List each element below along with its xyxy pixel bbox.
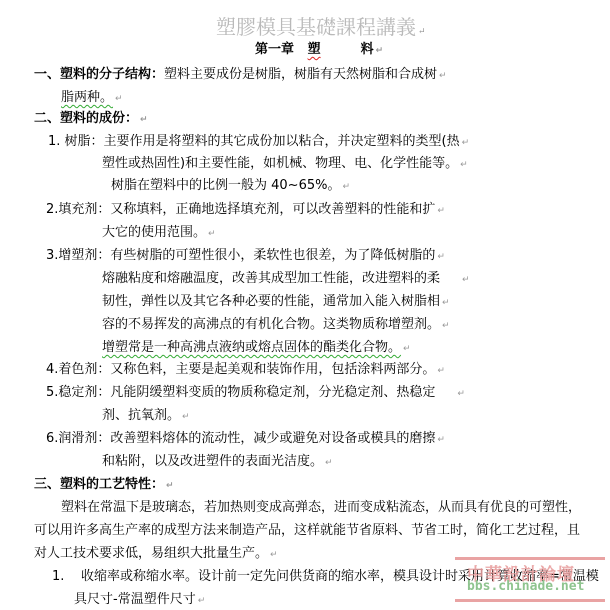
text-line: 可以用许多高生产率的成型方法来制造产品，这样就能节省原料、节省工时，简化工艺过程…	[34, 523, 580, 539]
document-title: 塑膠模具基礎課程講義↵	[216, 14, 426, 45]
watermark-url: bbs.chinade.net	[467, 579, 584, 594]
list-item-colorant: 4.着色剂：又称色料，主要是起美观和装饰作用，包括涂料两部分。↵	[46, 362, 445, 379]
text-line: 和粘附，以及改进塑件的表面光洁度。↵	[102, 454, 333, 471]
text-line: 增塑常是一种高沸点液纳或熔点固体的酯类化合物。↵	[102, 340, 411, 357]
text-line: 具尺寸-常温塑件尺寸↵	[74, 592, 205, 609]
text-line: 树脂在塑料中的比例一般为 40~65%。↵	[111, 178, 350, 195]
text-line: 塑性或热固性)和主要性能，如机械、物理、电、化学性能等。↵	[102, 156, 468, 173]
text-line: 塑料在常温下是玻璃态，若加热则变成高弹态，进而变成粘流态，从而具有优良的可塑性，	[61, 500, 581, 516]
section-1-line-2: 脂两种。↵	[61, 90, 123, 107]
section-1-line-1: 一、塑料的分子结构：塑料主要成份是树脂，树脂有天然树脂和合成树↵	[34, 67, 447, 84]
list-item-filler: 2.填充剂：又称填料，正确地选择填充剂，可以改善塑料的性能和扩↵	[46, 202, 445, 219]
watermark-bar	[455, 599, 605, 602]
text-line: 对人工技术要求低，易组织大批量生产。↵	[34, 546, 278, 563]
text-line: 大它的使用范围。↵	[102, 225, 216, 242]
text-line: 容的不易挥发的高沸点的有机化合物。这类物质称增塑剂。↵	[102, 317, 450, 334]
text-line: 剂、抗氧剂。↵	[102, 408, 190, 425]
list-item-stabilizer: 5.稳定剂：凡能阴缓塑料变质的物质称稳定剂，分光稳定剂、热稳定↵	[46, 385, 465, 402]
chapter-heading: 第一章 塑料↵	[255, 42, 383, 59]
list-item-lubricant: 6.润滑剂：改善塑料熔体的流动性，减少或避免对设备或模具的磨擦↵	[46, 431, 445, 448]
text-line: 熔融粘度和熔融温度，改善其成型加工性能，改进塑料的柔↵	[102, 271, 470, 288]
watermark: 中華設計論壇 bbs.chinade.net	[455, 557, 605, 603]
section-heading: 二、塑料的成份：↵	[34, 111, 148, 128]
list-item-resin: 1. 树脂：主要作用是将塑料的其它成份加以粘合，并决定塑料的类型(热↵	[48, 134, 469, 151]
section-heading: 三、塑料的工艺特性：↵	[34, 477, 174, 494]
list-item-plasticizer: 3.增塑剂：有些树脂的可塑性很小，柔软性也很差，为了降低树脂的↵	[46, 248, 445, 265]
section-heading: 一、塑料的分子结构：	[34, 67, 164, 82]
text-line: 韧性，弹性以及其它各种必要的性能，通常加入能入树脂相↵	[102, 294, 450, 311]
